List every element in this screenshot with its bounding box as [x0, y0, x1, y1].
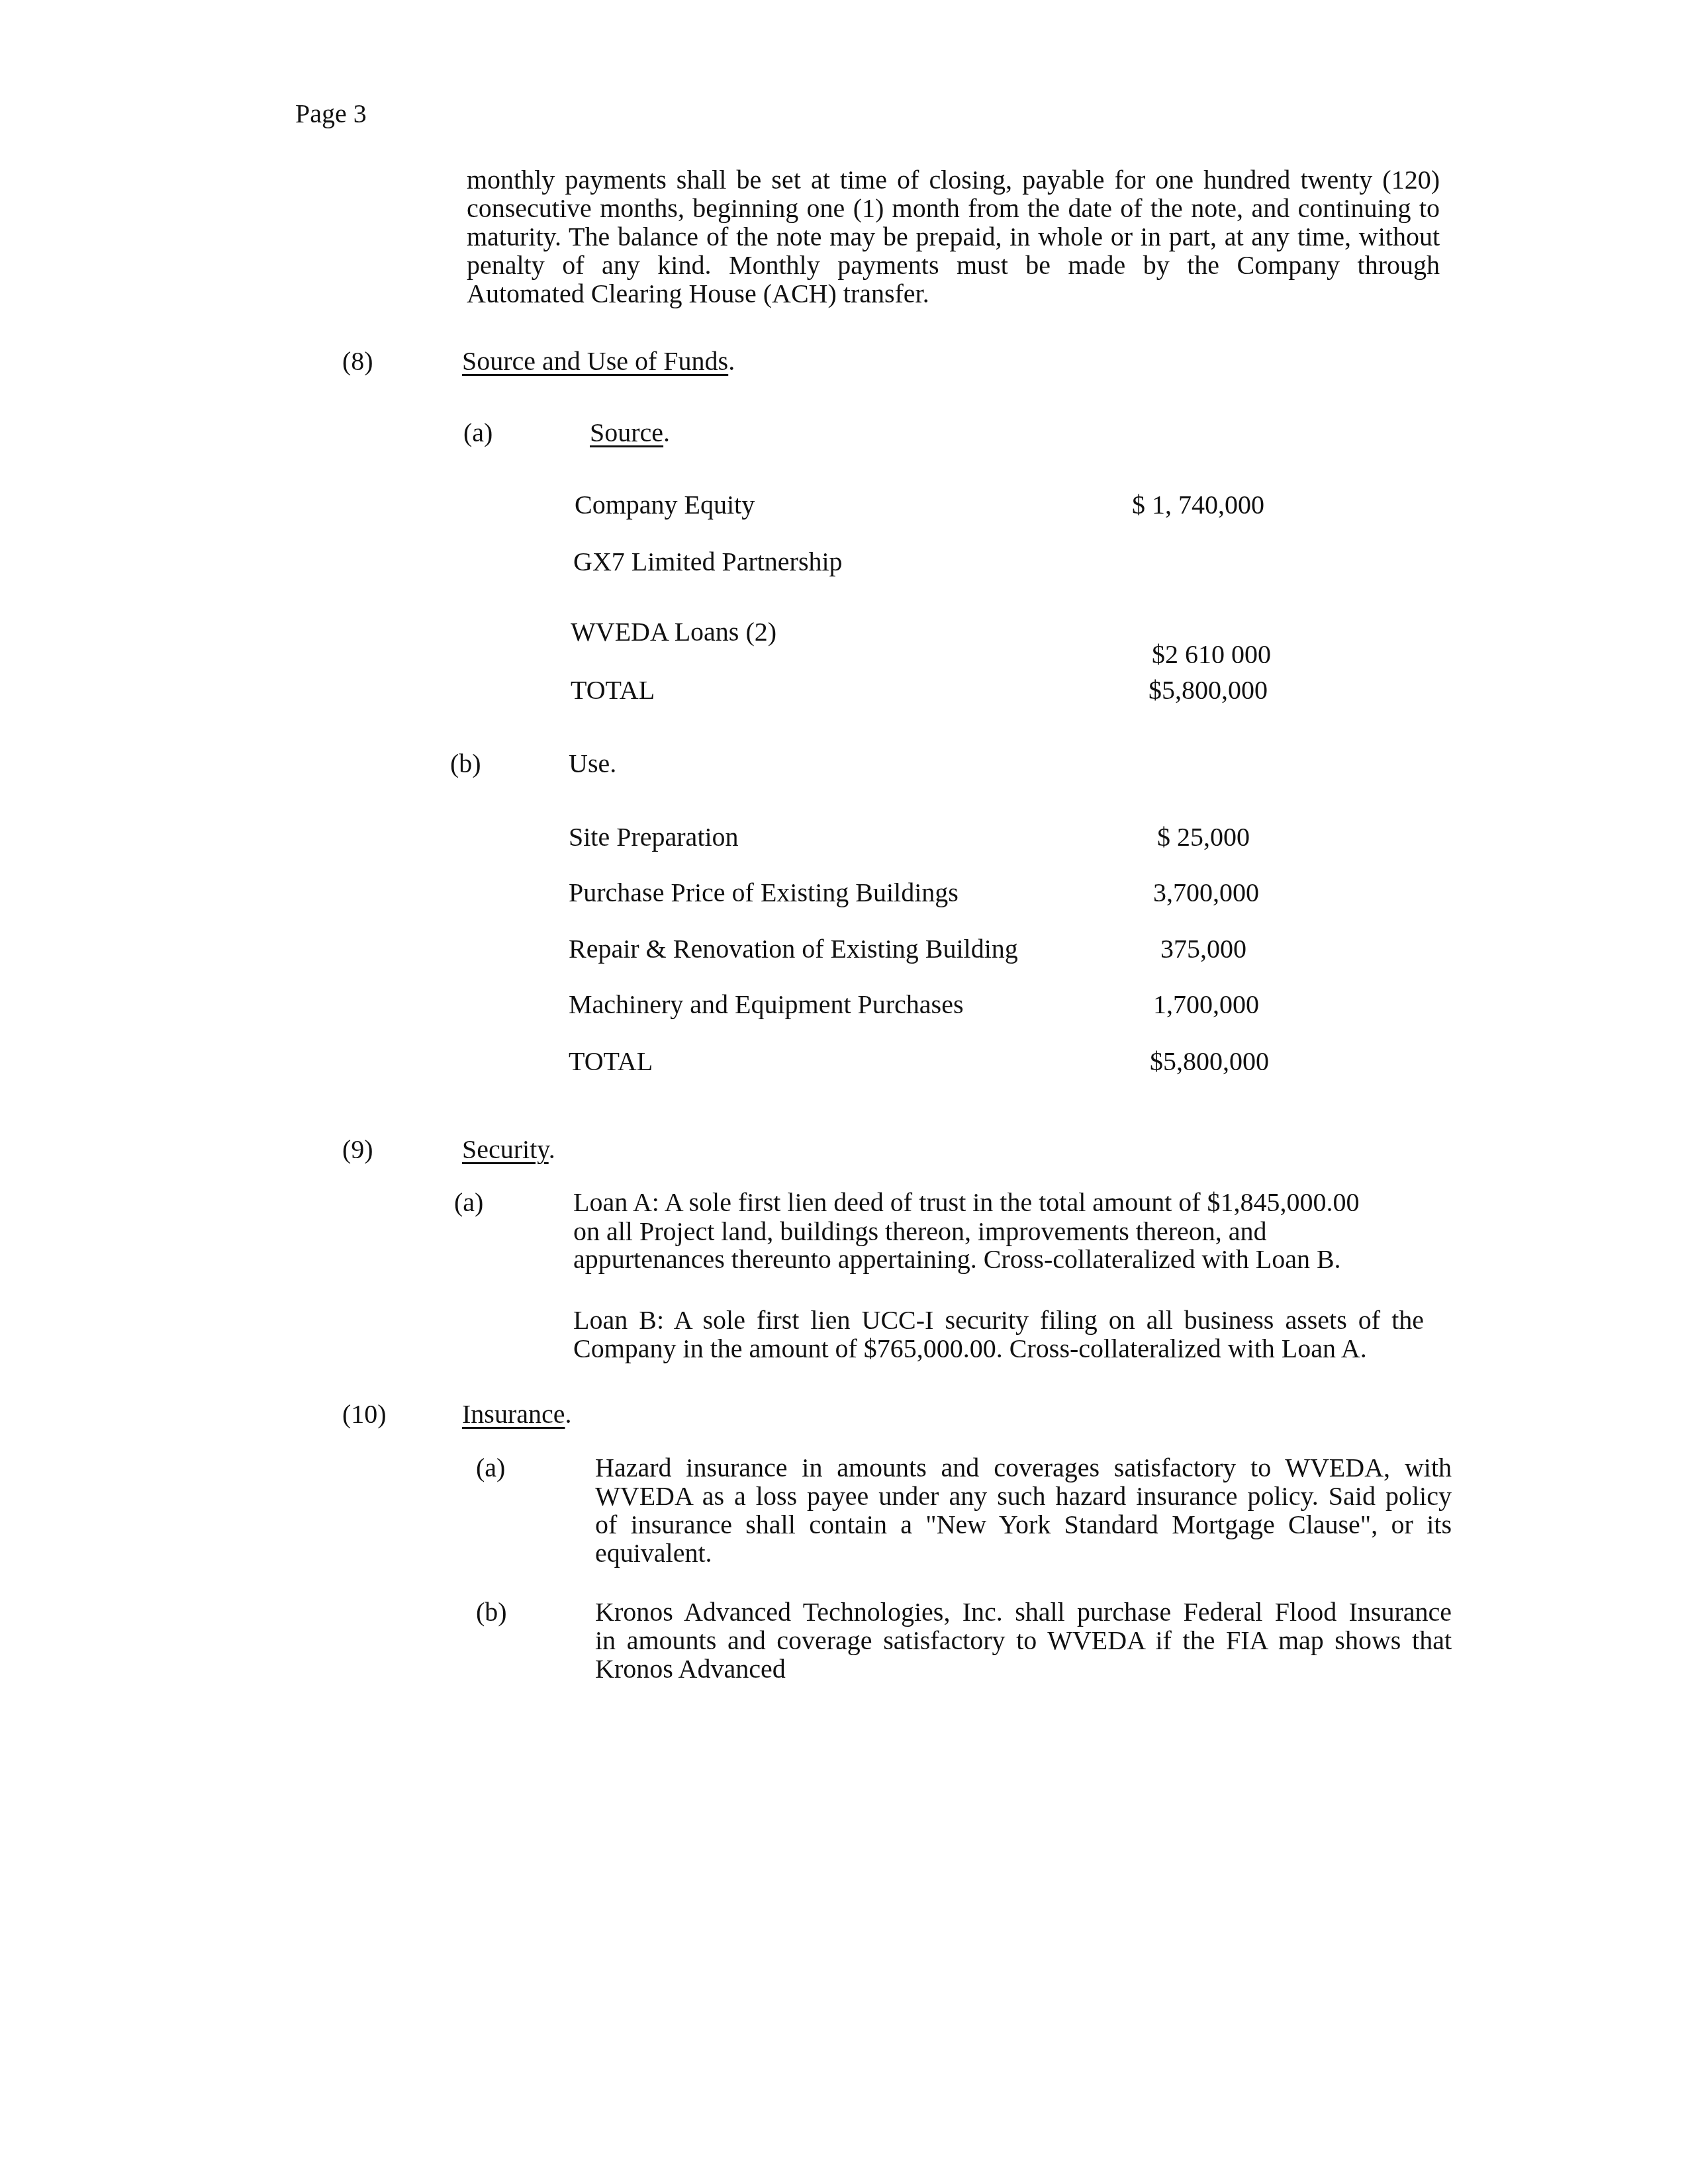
source-item: GX7 Limited Partnership [573, 547, 843, 576]
paragraph-line: of insurance shall contain a "New York S… [595, 1510, 1452, 1539]
section-heading: Source and Use of Funds. [462, 347, 735, 376]
use-item: Machinery and Equipment Purchases [569, 990, 964, 1019]
paragraph-line: Kronos Advanced [595, 1655, 1452, 1683]
paragraph-line: maturity. The balance of the note may be… [467, 222, 1440, 251]
section-heading: Security. [462, 1135, 555, 1164]
paragraph-line: equivalent. [595, 1539, 1452, 1567]
use-item: Repair & Renovation of Existing Building [569, 934, 1018, 964]
paragraph-line: in amounts and coverage satisfactory to … [595, 1626, 1452, 1655]
section-number: (8) [342, 347, 373, 376]
use-item: Site Preparation [569, 823, 739, 852]
use-item: Purchase Price of Existing Buildings [569, 878, 959, 907]
use-amount: 1,700,000 [1107, 990, 1305, 1019]
use-total-label: TOTAL [569, 1047, 653, 1076]
section-number: (9) [342, 1135, 373, 1164]
loan-b-line: Loan B: A sole first lien UCC-I security… [573, 1306, 1424, 1334]
subsection-label: (b) [450, 749, 481, 778]
subsection-label: (b) [476, 1598, 507, 1627]
source-amount: $ 1, 740,000 [1033, 490, 1264, 520]
subsection-label: (a) [476, 1453, 505, 1482]
loan-a-line: appurtenances thereunto appertaining. Cr… [573, 1245, 1341, 1274]
source-amount: $2 610 000 [1033, 640, 1271, 669]
paragraph-line: consecutive months, beginning one (1) mo… [467, 194, 1440, 222]
source-item: Company Equity [575, 490, 755, 520]
paragraph-line: monthly payments shall be set at time of… [467, 165, 1440, 194]
subsection-label: (a) [454, 1188, 483, 1217]
section-heading: Insurance. [462, 1400, 571, 1429]
loan-a-line: Loan A: A sole first lien deed of trust … [573, 1188, 1360, 1217]
source-total-label: TOTAL [571, 676, 655, 705]
paragraph-line: penalty of any kind. Monthly payments mu… [467, 251, 1440, 279]
loan-a-line: on all Project land, buildings thereon, … [573, 1217, 1267, 1246]
paragraph-line: Kronos Advanced Technologies, Inc. shall… [595, 1598, 1452, 1626]
intro-paragraph: monthly payments shall be set at time of… [467, 165, 1440, 308]
loan-b-paragraph: Loan B: A sole first lien UCC-I security… [573, 1306, 1424, 1363]
use-amount: 3,700,000 [1107, 878, 1305, 907]
source-item: WVEDA Loans (2) [571, 617, 776, 647]
section-number: (10) [342, 1400, 387, 1429]
page-number: Page 3 [295, 99, 367, 128]
use-amount: $ 25,000 [1104, 823, 1303, 852]
subsection-label: (a) [463, 418, 492, 447]
use-total-amount: $5,800,000 [1107, 1047, 1312, 1076]
loan-b-line: Company in the amount of $765,000.00. Cr… [573, 1334, 1424, 1363]
subsection-heading: Source. [590, 418, 670, 447]
paragraph-line: Automated Clearing House (ACH) transfer. [467, 279, 1440, 308]
subsection-heading: Use. [569, 749, 616, 778]
paragraph-line: Hazard insurance in amounts and coverage… [595, 1453, 1452, 1482]
flood-insurance-paragraph: Kronos Advanced Technologies, Inc. shall… [595, 1598, 1452, 1683]
paragraph-line: WVEDA as a loss payee under any such haz… [595, 1482, 1452, 1510]
use-amount: 375,000 [1104, 934, 1303, 964]
source-total-amount: $5,800,000 [1033, 676, 1268, 705]
hazard-insurance-paragraph: Hazard insurance in amounts and coverage… [595, 1453, 1452, 1567]
